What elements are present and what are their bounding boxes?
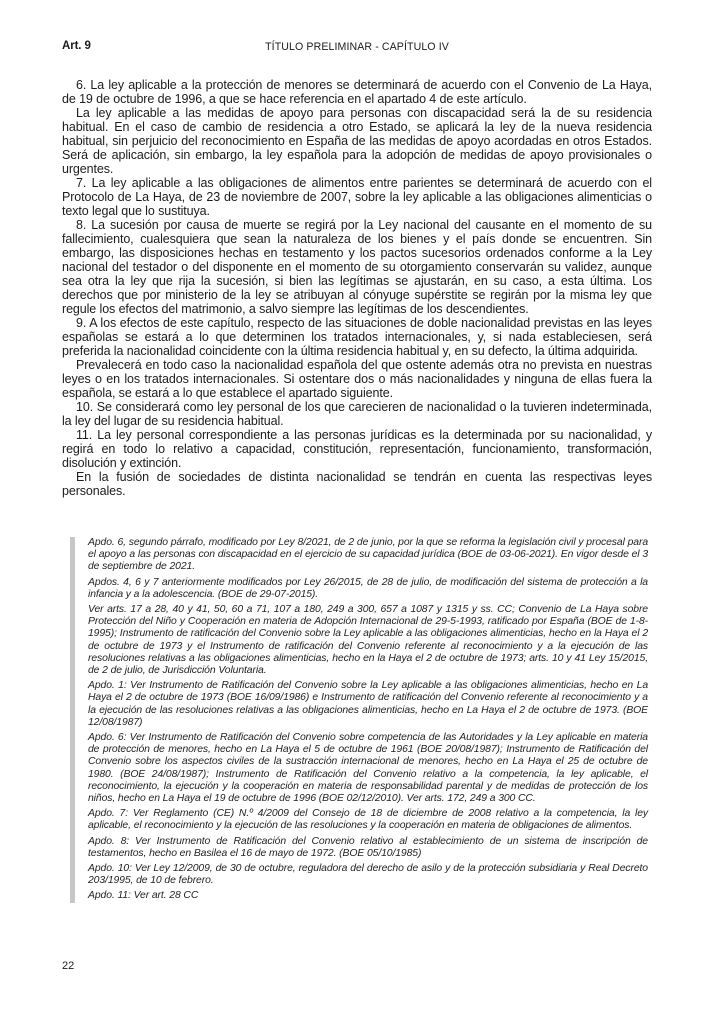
paragraph-apdo-10: 10. Se considerará como ley personal de … [62, 400, 652, 428]
paragraph-apdo-7: 7. La ley aplicable a las obligaciones d… [62, 176, 652, 218]
annotation-apdo-1: Apdo. 1: Ver Instrumento de Ratificación… [88, 680, 648, 729]
article-body: 6. La ley aplicable a la protección de m… [62, 78, 652, 498]
paragraph-apdo-9: 9. A los efectos de este capítulo, respe… [62, 316, 652, 358]
paragraph-apdo-6-second: La ley aplicable a las medidas de apoyo … [62, 106, 652, 176]
annotation-left-rule [70, 537, 75, 903]
paragraph-apdo-11: 11. La ley personal correspondiente a la… [62, 428, 652, 470]
paragraph-apdo-11-second: En la fusión de sociedades de distinta n… [62, 470, 652, 498]
paragraph-apdo-8: 8. La sucesión por causa de muerte se re… [62, 218, 652, 316]
annotation-apdo-7: Apdo. 7: Ver Reglamento (CE) N.º 4/2009 … [88, 808, 648, 832]
annotation-apdo-8: Apdo. 8: Ver Instrumento de Ratificación… [88, 836, 648, 860]
paragraph-apdo-9-second: Prevalecerá en todo caso la nacionalidad… [62, 358, 652, 400]
page-footer: 22 [62, 960, 74, 972]
annotation-apdo-6-modification: Apdo. 6, segundo párrafo, modificado por… [88, 537, 648, 574]
annotation-apdo-6: Apdo. 6: Ver Instrumento de Ratificación… [88, 732, 648, 805]
annotation-text-column: Apdo. 6, segundo párrafo, modificado por… [88, 537, 648, 903]
annotation-apdo-11: Apdo. 11: Ver art. 28 CC [88, 890, 648, 902]
page-number: 22 [62, 960, 74, 972]
document-page: Art. 9 TÍTULO PRELIMINAR - CAPÍTULO IV 6… [0, 0, 714, 1009]
annotations-block: Apdo. 6, segundo párrafo, modificado por… [70, 537, 648, 903]
annotation-apdo-10: Apdo. 10: Ver Ley 12/2009, de 30 de octu… [88, 863, 648, 887]
paragraph-apdo-6: 6. La ley aplicable a la protección de m… [62, 78, 652, 106]
annotation-ver-arts: Ver arts. 17 a 28, 40 y 41, 50, 60 a 71,… [88, 604, 648, 677]
annotation-apdos-4-6-7-modification: Apdos. 4, 6 y 7 anteriormente modificado… [88, 577, 648, 601]
running-header: Art. 9 TÍTULO PRELIMINAR - CAPÍTULO IV [62, 40, 652, 54]
running-title: TÍTULO PRELIMINAR - CAPÍTULO IV [62, 41, 652, 53]
